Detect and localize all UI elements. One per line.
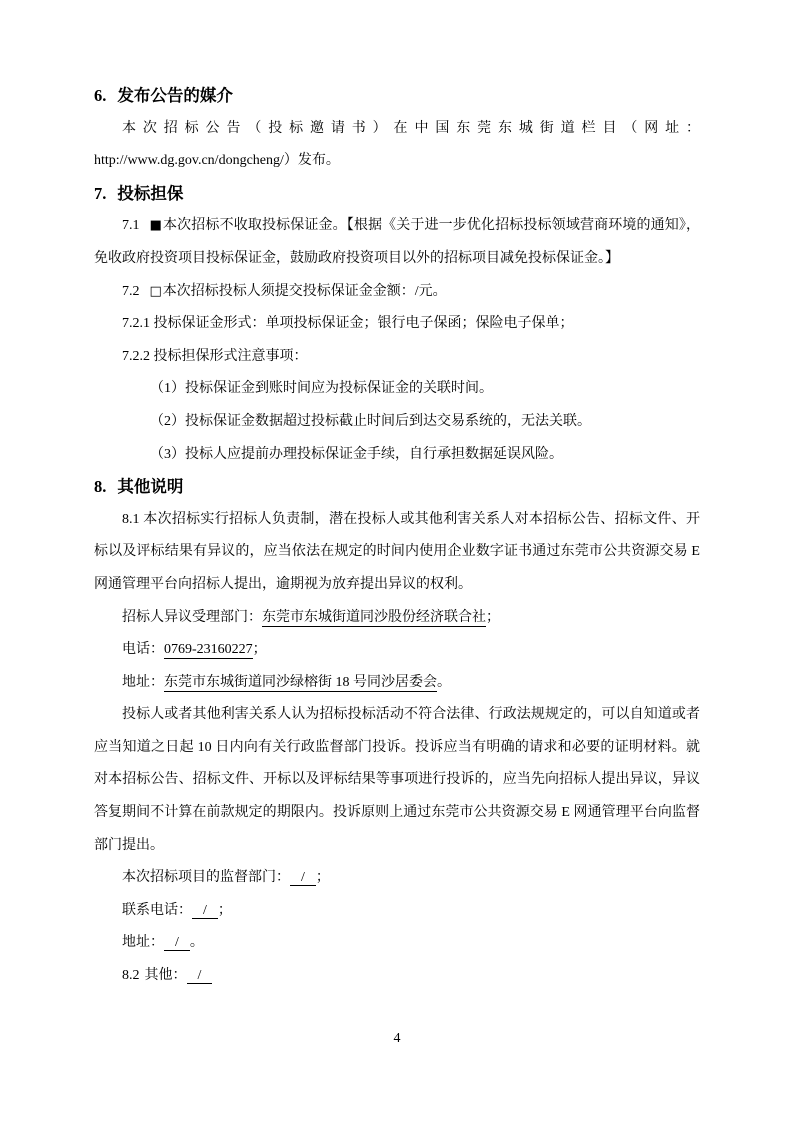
supervisor-department-tail: ； xyxy=(316,870,330,885)
section-7-number: 7. xyxy=(94,184,106,203)
address-tail: 。 xyxy=(437,675,451,690)
clause-8-2-label: 其他： xyxy=(145,968,187,983)
document-page: 6.发布公告的媒介 本次招标公告（投标邀请书）在中国东莞东城街道栏目（网址：ht… xyxy=(0,0,794,1123)
section-8-title: 其他说明 xyxy=(117,477,183,496)
clause-7-1: 7.1■本次招标不收取投标保证金。【根据《关于进一步优化招标投标领域营商环境的通… xyxy=(94,210,700,275)
announcement-url: http://www.dg.gov.cn/dongcheng/ xyxy=(94,153,284,168)
clause-7-2-2-item-1: （1）投标保证金到账时间应为投标保证金的关联时间。 xyxy=(94,373,700,406)
checkbox-unchecked-icon: □ xyxy=(150,284,162,299)
section-8-number: 8. xyxy=(94,477,106,496)
clause-8-2: 8.2其他：/ xyxy=(94,960,700,993)
announcement-text-post: ）发布。 xyxy=(284,153,340,168)
address-label: 地址： xyxy=(122,675,164,690)
clause-8-2-blank: / xyxy=(187,968,213,984)
address-value: 东莞市东城街道同沙绿榕街 18 号同沙居委会 xyxy=(164,675,437,692)
contact-phone-label: 联系电话： xyxy=(122,903,192,918)
section-7-heading: 7.投标担保 xyxy=(94,178,700,211)
clause-7-1-number: 7.1 xyxy=(122,218,140,233)
objection-department-tail: ； xyxy=(486,610,500,625)
clause-7-2-1: 7.2.1 投标保证金形式：单项投标保证金；银行电子保函；保险电子保单； xyxy=(94,308,700,341)
clause-8-2-number: 8.2 xyxy=(122,968,140,983)
checkbox-checked-icon: ■ xyxy=(150,218,163,233)
supervisor-address-blank: / xyxy=(164,935,190,951)
address-line: 地址：东莞市东城街道同沙绿榕街 18 号同沙居委会。 xyxy=(94,667,700,700)
supervisor-address-tail: 。 xyxy=(190,935,204,950)
clause-7-2-2: 7.2.2 投标担保形式注意事项： xyxy=(94,341,700,374)
objection-department-label: 招标人异议受理部门： xyxy=(122,610,262,625)
phone-tail: ； xyxy=(253,642,267,657)
section-6-heading: 6.发布公告的媒介 xyxy=(94,80,700,113)
section-8-heading: 8.其他说明 xyxy=(94,471,700,504)
contact-phone-line: 联系电话：/； xyxy=(94,895,700,928)
supervisor-department-blank: / xyxy=(290,870,316,886)
section-7-title: 投标担保 xyxy=(117,184,183,203)
phone-line: 电话：0769-23160227； xyxy=(94,634,700,667)
supervisor-department-line: 本次招标项目的监督部门：/； xyxy=(94,862,700,895)
clause-7-1-text: 本次招标不收取投标保证金。【根据《关于进一步优化招标投标领域营商环境的通知》，免… xyxy=(94,218,700,266)
supervisor-department-label: 本次招标项目的监督部门： xyxy=(122,870,290,885)
clause-7-2-2-item-3: （3）投标人应提前办理投标保证金手续，自行承担数据延误风险。 xyxy=(94,439,700,472)
complaint-paragraph: 投标人或者其他利害关系人认为招标投标活动不符合法律、行政法规规定的，可以自知道或… xyxy=(94,699,700,862)
objection-department-line: 招标人异议受理部门：东莞市东城街道同沙股份经济联合社； xyxy=(94,602,700,635)
page-number: 4 xyxy=(0,1029,794,1049)
clause-7-2-2-item-2: （2）投标保证金数据超过投标截止时间后到达交易系统的，无法关联。 xyxy=(94,406,700,439)
contact-phone-tail: ； xyxy=(218,903,232,918)
clause-7-2: 7.2□本次招标投标人须提交投标保证金金额：/元。 xyxy=(94,276,700,309)
supervisor-address-line: 地址：/。 xyxy=(94,927,700,960)
clause-7-2-text: 本次招标投标人须提交投标保证金金额：/元。 xyxy=(163,284,447,299)
objection-department-value: 东莞市东城街道同沙股份经济联合社 xyxy=(262,610,486,627)
phone-value: 0769-23160227 xyxy=(164,642,253,659)
section-6-number: 6. xyxy=(94,86,106,105)
contact-phone-blank: / xyxy=(192,903,218,919)
page-content: 6.发布公告的媒介 本次招标公告（投标邀请书）在中国东莞东城街道栏目（网址：ht… xyxy=(94,80,700,993)
clause-8-1: 8.1 本次招标实行招标人负责制，潜在投标人或其他利害关系人对本招标公告、招标文… xyxy=(94,504,700,602)
clause-7-2-number: 7.2 xyxy=(122,284,140,299)
supervisor-address-label: 地址： xyxy=(122,935,164,950)
announcement-text-pre: 本次招标公告（投标邀请书）在中国东莞东城街道栏目（网址： xyxy=(122,121,700,136)
section-6-paragraph: 本次招标公告（投标邀请书）在中国东莞东城街道栏目（网址：http://www.d… xyxy=(94,113,700,178)
phone-label: 电话： xyxy=(122,642,164,657)
section-6-title: 发布公告的媒介 xyxy=(117,86,233,105)
